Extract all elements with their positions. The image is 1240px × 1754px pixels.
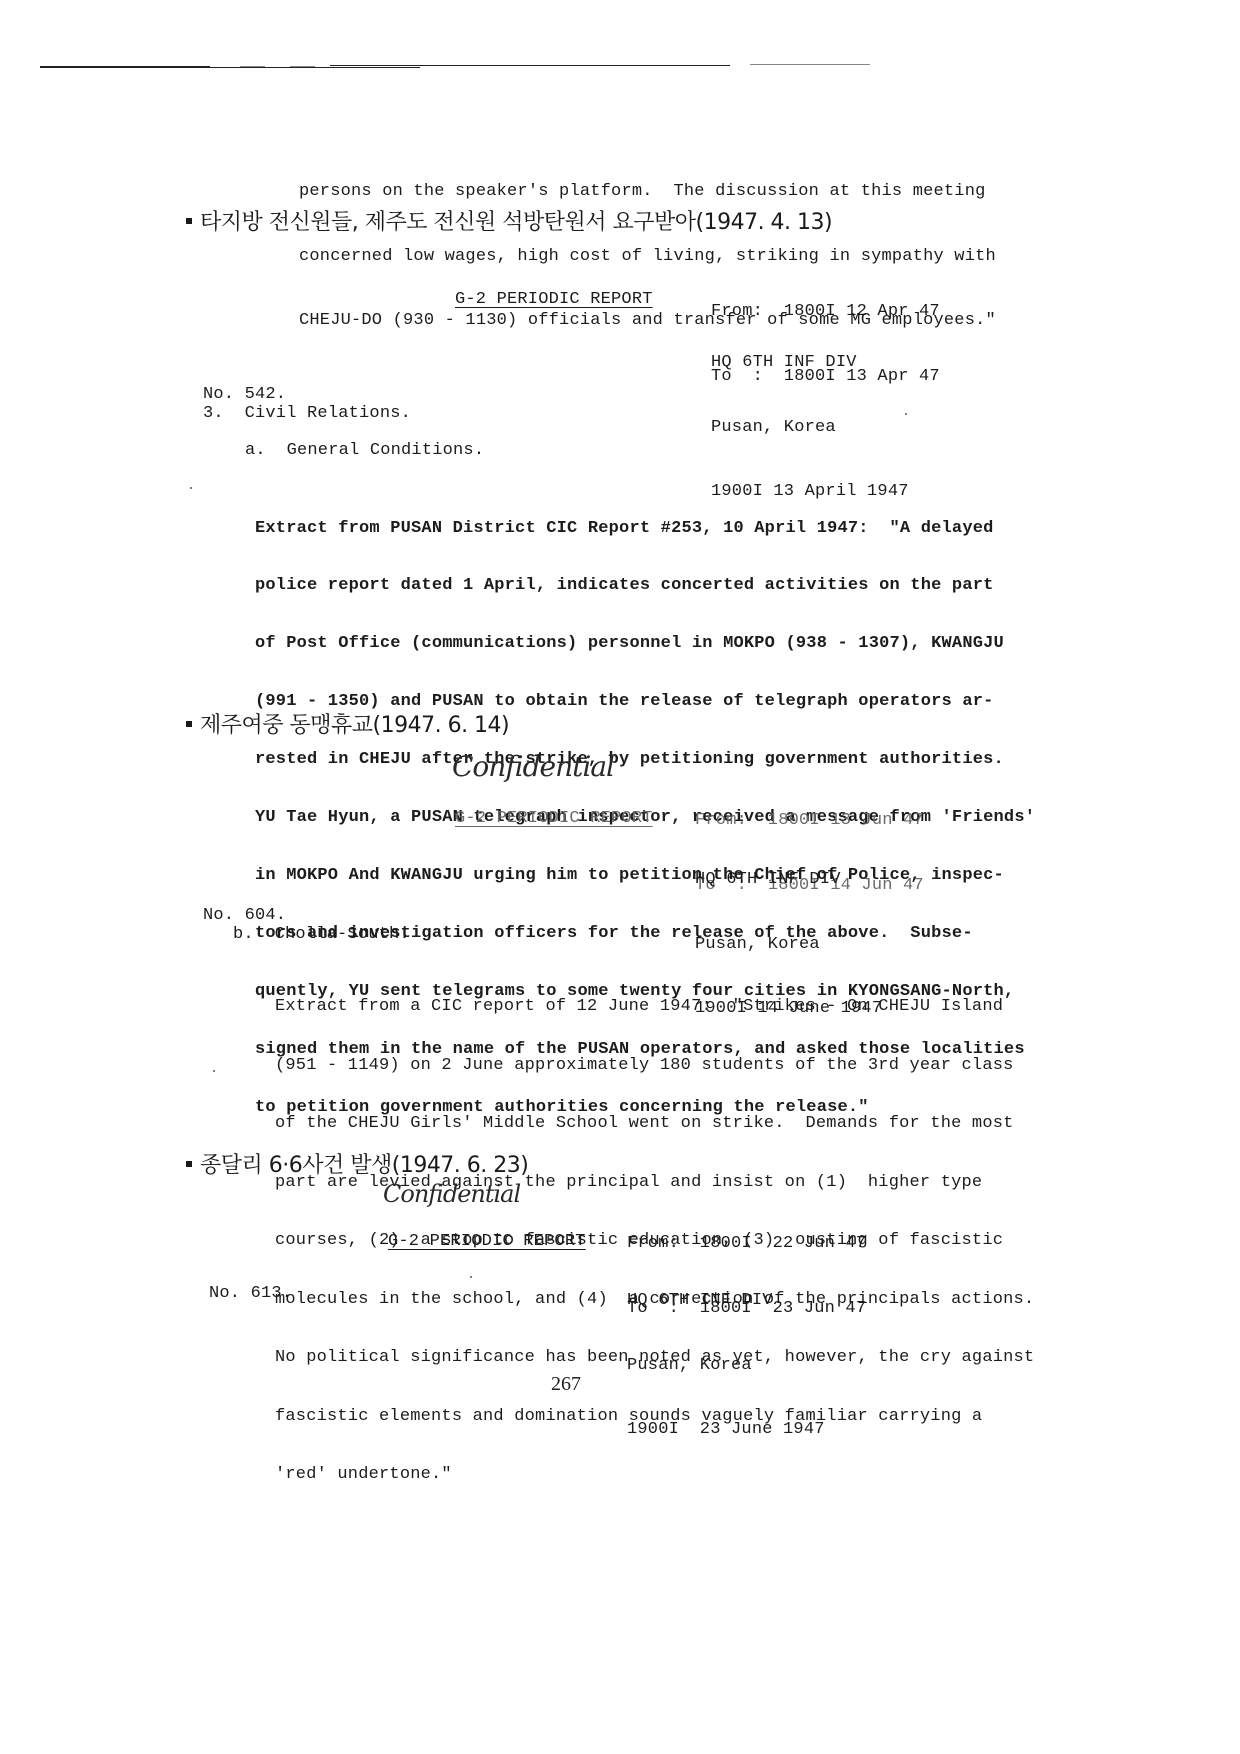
text-line: (951 - 1149) on 2 June approximately 180… — [275, 1056, 1034, 1076]
report-number: No. 613. — [209, 1283, 292, 1305]
text-line: Extract from a CIC report of 12 June 194… — [275, 997, 1034, 1017]
location-line: Pusan, Korea — [695, 934, 882, 956]
scan-rule-line — [240, 66, 265, 67]
korean-heading-text: 타지방 전신원들, 제주도 전신원 석방탄원서 요구받아(1947. 4. 13… — [200, 210, 832, 235]
korean-section-heading: 종달리 6·6사건 발생(1947. 6. 23) — [186, 1152, 528, 1180]
section-subheading: a. General Conditions. — [245, 440, 484, 462]
page-number: 267 — [551, 1373, 581, 1396]
korean-heading-text: 제주여중 동맹휴교(1947. 6. 14) — [200, 713, 509, 738]
scan-rule-line — [750, 64, 870, 65]
text-line: persons on the speaker's platform. The d… — [299, 181, 996, 203]
text-line: Extract from PUSAN District CIC Report #… — [255, 519, 1035, 538]
scan-rule-line — [40, 66, 210, 68]
hq-line: HQ 6TH INF DIV — [627, 1290, 825, 1312]
report-title: G-2 PERIODIC REPORT — [455, 289, 653, 311]
korean-heading-text: 종달리 6·6사건 발생(1947. 6. 23) — [200, 1153, 528, 1178]
text-line: (991 - 1350) and PUSAN to obtain the rel… — [255, 692, 1035, 711]
hq-line: HQ 6TH INF DIV — [711, 352, 909, 374]
scan-speck — [213, 1070, 215, 1072]
confidential-stamp: Confidential — [383, 1180, 520, 1208]
report-origin-block: HQ 6TH INF DIV Pusan, Korea 1900I 23 Jun… — [627, 1247, 825, 1462]
confidential-stamp: Confidential — [452, 750, 614, 783]
korean-section-heading: 타지방 전신원들, 제주도 전신원 석방탄원서 요구받아(1947. 4. 13… — [186, 209, 832, 237]
scan-speck — [905, 413, 907, 415]
scan-speck — [470, 1276, 472, 1278]
report-title: G-2 PERIODIC REPORT — [388, 1231, 586, 1253]
scan-speck — [190, 487, 192, 489]
text-line: 'red' undertone." — [275, 1465, 1034, 1485]
hq-line: HQ 6TH INF DIV — [695, 869, 882, 891]
korean-section-heading: 제주여중 동맹휴교(1947. 6. 14) — [186, 712, 509, 740]
dtg-line: 1900I 23 June 1947 — [627, 1419, 825, 1441]
scan-rule-line — [210, 67, 420, 68]
text-line: police report dated 1 April, indicates c… — [255, 576, 1035, 595]
bullet-icon — [186, 721, 192, 727]
scan-rule-line — [290, 66, 315, 67]
location-line: Pusan, Korea — [711, 417, 909, 439]
bullet-icon — [186, 218, 192, 224]
report-title: G-2 PERIODIC REPORT — [455, 808, 653, 830]
text-line: of the CHEJU Girls' Middle School went o… — [275, 1114, 1034, 1134]
section-subheading: b. Cholla-South: — [233, 924, 410, 946]
bullet-icon — [186, 1161, 192, 1167]
scan-rule-line — [330, 65, 730, 66]
text-line: of Post Office (communications) personne… — [255, 634, 1035, 653]
section-heading: 3. Civil Relations. — [203, 403, 411, 425]
location-line: Pusan, Korea — [627, 1355, 825, 1377]
